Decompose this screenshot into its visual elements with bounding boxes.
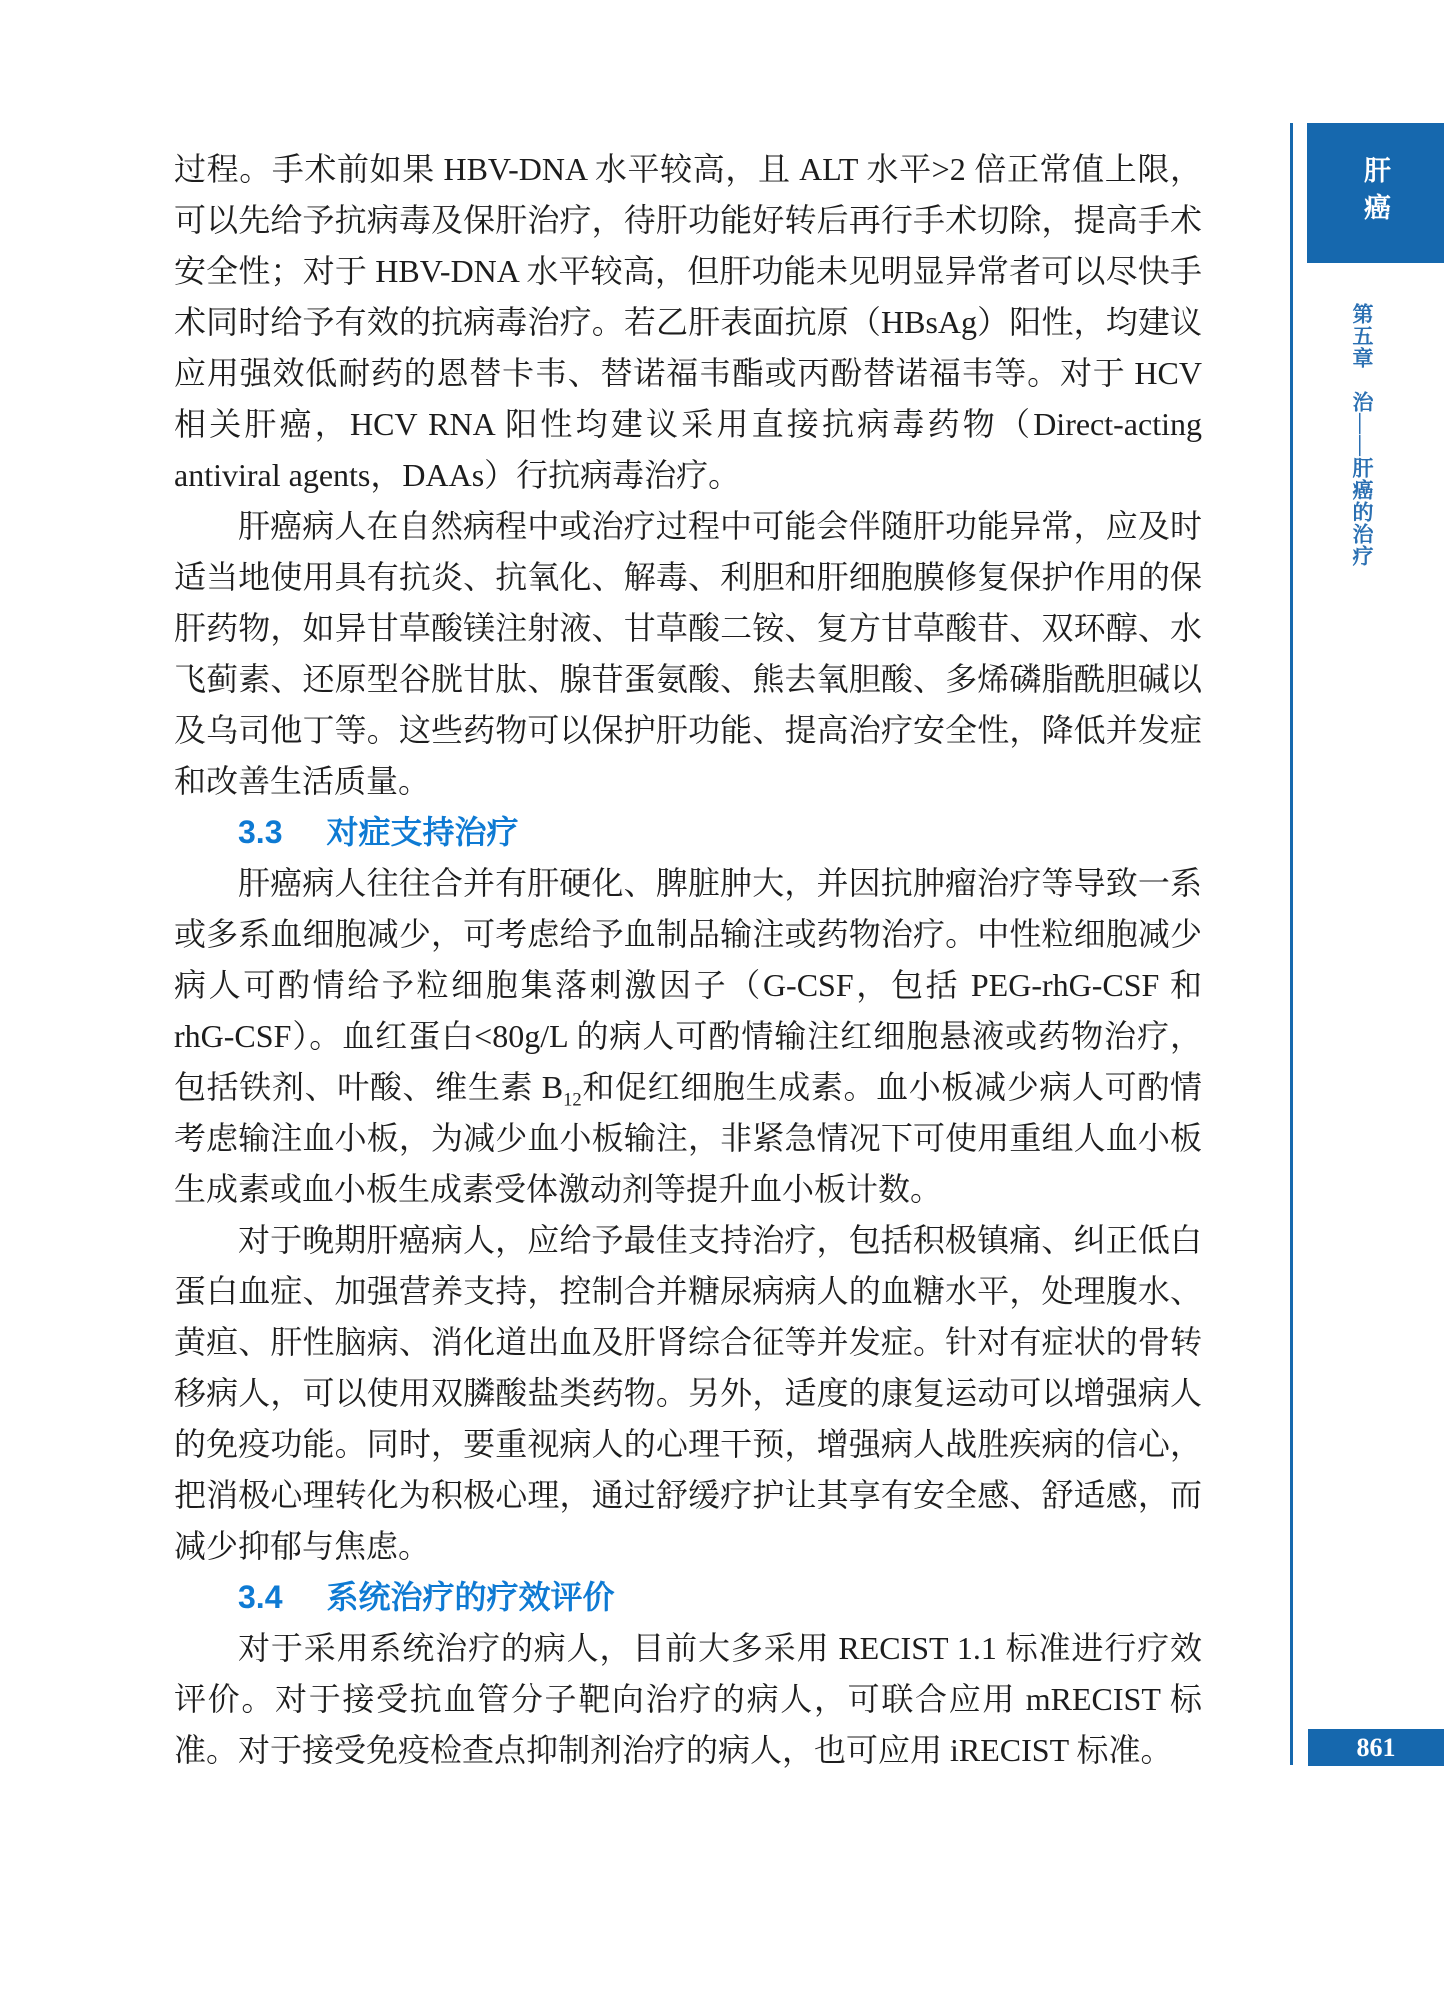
sidebar-divider-line	[1290, 123, 1293, 1765]
page-body-text: 过程。手术前如果 HBV-DNA 水平较高，且 ALT 水平>2 倍正常值上限，…	[174, 144, 1202, 1776]
section-heading-3-4: 3.4系统治疗的疗效评价	[174, 1572, 1202, 1623]
chapter-tab-label: 肝癌	[1356, 156, 1395, 230]
section-heading-3-3: 3.3对症支持治疗	[174, 807, 1202, 858]
paragraph-antiviral-therapy: 过程。手术前如果 HBV-DNA 水平较高，且 ALT 水平>2 倍正常值上限，…	[174, 144, 1202, 501]
paragraph-supportive-care: 肝癌病人往往合并有肝硬化、脾脏肿大，并因抗肿瘤治疗等导致一系或多系血细胞减少，可…	[174, 858, 1202, 1215]
section-3-4-title: 系统治疗的疗效评价	[326, 1579, 614, 1615]
chapter-tab: 肝癌	[1307, 123, 1444, 263]
document-page: 过程。手术前如果 HBV-DNA 水平较高，且 ALT 水平>2 倍正常值上限，…	[0, 0, 1444, 2010]
paragraph-hepatoprotective-drugs: 肝癌病人在自然病程中或治疗过程中可能会伴随肝功能异常，应及时适当地使用具有抗炎、…	[174, 501, 1202, 807]
chapter-sidebar-label: 第五章 治——肝癌的治疗	[1347, 303, 1377, 567]
page-number-badge: 861	[1308, 1729, 1444, 1766]
section-3-3-number: 3.3	[238, 814, 282, 850]
vitamin-b12-subscript: 12	[563, 1089, 582, 1110]
paragraph-response-evaluation: 对于采用系统治疗的病人，目前大多采用 RECIST 1.1 标准进行疗效评价。对…	[174, 1623, 1202, 1776]
section-3-3-title: 对症支持治疗	[326, 814, 518, 850]
section-3-4-number: 3.4	[238, 1579, 282, 1615]
paragraph-best-supportive-care: 对于晚期肝癌病人，应给予最佳支持治疗，包括积极镇痛、纠正低白蛋白血症、加强营养支…	[174, 1215, 1202, 1572]
